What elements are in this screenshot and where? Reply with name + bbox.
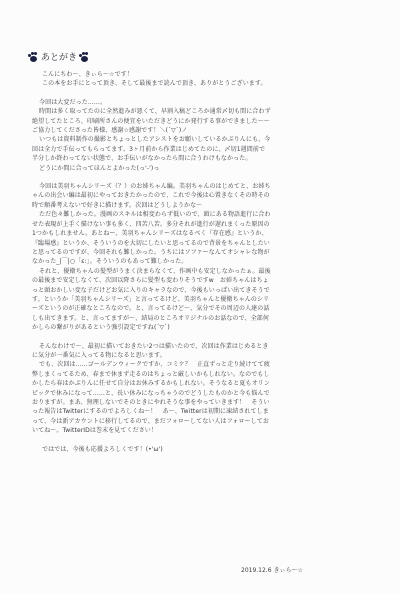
- afterword-heading: あとがき: [28, 50, 90, 63]
- text-line: なかった_|￣|○「ε:」。そういうのもあって難しかった。: [32, 257, 362, 266]
- text-line: 半分しか終わってない状態で、お手伝いがなかったら間に合うわけもなかった。: [32, 154, 362, 163]
- paragraph-2: 今回は美羽ちゃんシリーズ（？）のお姉ちゃん編。美羽ちゃんのはじめてと、お姉ち ゃ…: [32, 182, 362, 333]
- text-line: いてね～。TwitterIDは巻末を見てください！: [32, 426, 362, 435]
- afterword-page: あとがき こんにちわ～、きぃら～☆です！ この本をお手にとって頂き、そして最後ま…: [0, 0, 400, 594]
- text-line: いつもは資料制作の撮影とちょっとしたアシストをお願いしているかぷりんにも、今: [32, 135, 362, 144]
- text-line: ゃんの出会い編は最初にやっておきたかったので、これで今後は心置きなくその時その: [32, 191, 362, 200]
- text-line: この本をお手にとって頂き、そして最後まで読んで頂き、ありがとうございます。: [42, 79, 362, 88]
- text-line: って、今は新アカウントに移行してるので、まだフォローしてない人はフォローしてお: [32, 417, 362, 426]
- text-line: ピックで休みになって……と、長い休みになっちゃうのでどうしたものかと今も悩んで: [32, 389, 362, 398]
- text-line: 1つかもしれません。あとねー、美羽ちゃんシリーズはなるべく『存在感』というか、: [32, 229, 362, 238]
- paw-icon: [28, 52, 39, 62]
- closing-line: ではでは、今後も応援よろしくです！(•'ω'): [42, 445, 362, 454]
- text-line: 回は全力で手伝ってもらってます。3ヶ月前から作業はじめてたのに、〆切1週間前で: [32, 145, 362, 154]
- text-line: っと頭おかしい変な子だけどお気に入りのキャラなので、今後もいっぱい出てきそうで: [32, 286, 362, 295]
- text-line: す。というか「美羽ちゃんシリーズ」と言ってるけど、美羽ちゃんと優衛ちゃんのシリ: [32, 295, 362, 304]
- text-line: ーズというのが正確なところなので。と、言ってるけど～、気分でその周辺の人達の話: [32, 304, 362, 313]
- afterword-body: こんにちわ～、きぃら～☆です！ この本をお手にとって頂き、そして最後まで読んで頂…: [42, 70, 362, 463]
- text-line: そんなわけで～、最初に描いておきたい2つは描いたので、次回は作業はじめるとき: [32, 342, 362, 351]
- text-line: 絶望してたところ、印刷所さんの便宜をいただきどうにか発行する事ができました～～: [32, 117, 362, 126]
- text-line: かしらの繋がりがあるという強引設定ですね(´▽`): [32, 323, 362, 332]
- text-line: に気分が一番気に入ってる物になると思います。: [32, 351, 362, 360]
- text-line: せた表現が上手く描けない事も多く、四苦八苦。多分それが進行が遅れまくった原因の: [32, 220, 362, 229]
- text-line: 弊しまくってるため、春まで休まず走るのはちょっと厳しいかもしれない。なのでもし: [32, 370, 362, 379]
- paragraph-1: 今回は大変だった……。 時間は多く取ってたのに全然進みが悪くて、早割入稿どころか…: [32, 98, 362, 173]
- text-line: どうにか間に合ってほんとよかった(っ'-')っ: [32, 164, 362, 173]
- text-line: 今回は大変だった……。: [32, 98, 362, 107]
- text-line: 今回は美羽ちゃんシリーズ（？）のお姉ちゃん編。美羽ちゃんのはじめてと、お姉ち: [32, 182, 362, 191]
- paragraph-3: そんなわけで～、最初に描いておきたい2つは描いたので、次回は作業はじめるとき に…: [32, 342, 362, 436]
- text-line: こんにちわ～、きぃら～☆です！: [42, 70, 362, 79]
- text-line: と思ってるのですが、今回それも難しかった。うちにはソファーなんてオシャレな物が: [32, 248, 362, 257]
- text-line: しも出てきます。と、言ってますが～、結局のところオリジナルのお話なので、全部何: [32, 314, 362, 323]
- text-line: った報告はTwitterにするのでよろしくね～！ あ～、Twitterは初期に凍…: [32, 407, 362, 416]
- signature-date: 2019.12.6 きぃら～☆: [241, 565, 303, 574]
- paw-icon: [79, 52, 90, 62]
- text-line: 時で順番考えないで好きに描けます。次回はどうしようかな～: [32, 201, 362, 210]
- text-line: それと、優衛ちゃんの髪型がうまく決まらなくて、作画中も安定しなかったぁ。最後: [32, 267, 362, 276]
- text-line: でも、次回は……ゴールデンウィークですか、コミケ？ 正直ずっと走り続けてて疲: [32, 360, 362, 369]
- text-line: ただ色々難しかった。漫画のスキルは相変わらず低いので、頭にある物語進行に合わ: [32, 210, 362, 219]
- text-line: の最後まで安定しなくて、次回以降さらに髪型も変わりそうですw お姉ちゃんはちょ: [32, 276, 362, 285]
- text-line: 時間は多く取ってたのに全然進みが悪くて、早割入稿どころか通常〆切も間に合わず: [32, 107, 362, 116]
- text-line: かしたら春はかぷりんに任せて自分はお休みするかもしれない。そうなると夏もオリン: [32, 379, 362, 388]
- text-line: おりますが。まあ、無理しないでそのときにやれそうな事をやっていきます！ そうい: [32, 398, 362, 407]
- heading-title: あとがき: [41, 50, 77, 63]
- text-line: ご協力してくださった皆様、感謝☆感謝です！＼(´▽`)ノ: [32, 126, 362, 135]
- intro-paragraph: こんにちわ～、きぃら～☆です！ この本をお手にとって頂き、そして最後まで読んで頂…: [42, 70, 362, 89]
- text-line: 『臨場感』というか、そういうのを大切にしたいと思ってるので背景をちゃんとしたい: [32, 239, 362, 248]
- closing-paragraph: ではでは、今後も応援よろしくです！(•'ω'): [42, 445, 362, 454]
